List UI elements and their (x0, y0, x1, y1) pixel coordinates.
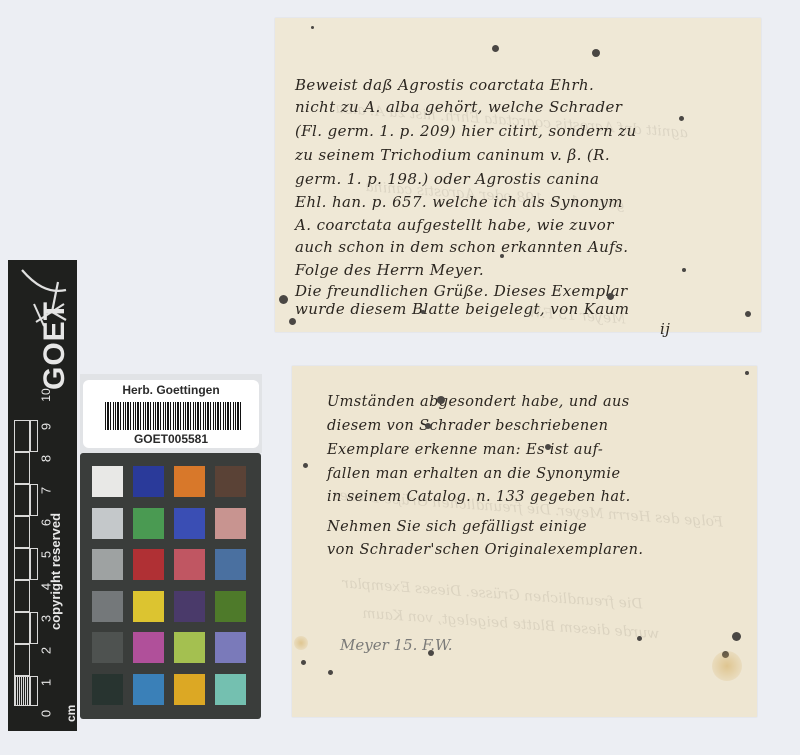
color-patch (133, 591, 164, 622)
color-patch (215, 591, 246, 622)
handwritten-line: von Schrader'schen Originalexemplaren. (327, 542, 643, 558)
specimen-barcode-label: Herb. Goettingen GOET005581 (80, 374, 262, 453)
handwritten-line: Die freundlichen Grüße. Dieses Exemplar (295, 282, 628, 300)
handwritten-line: Ehl. han. p. 657. welche ich als Synonym (295, 193, 623, 211)
handwritten-line: A. coarctata aufgestellt habe, wie zuvor (295, 216, 614, 234)
ruler-tick-label: 0 (39, 706, 54, 722)
foxing-spot (279, 295, 288, 304)
foxing-spot (437, 396, 445, 404)
ruler-tick-label: 1 (39, 675, 54, 691)
color-patch (133, 549, 164, 580)
foxing-spot (745, 311, 751, 317)
foxing-spot (500, 254, 504, 258)
handwritten-line: Nehmen Sie sich gefälligst einige (327, 519, 587, 535)
color-patch (174, 549, 205, 580)
foxing-spot (328, 670, 333, 675)
color-patch (92, 466, 123, 497)
handwritten-line: germ. 1. p. 198.) oder Agrostis canina (295, 170, 599, 188)
color-patch (174, 674, 205, 705)
foxing-spot (492, 45, 499, 52)
color-patch (174, 508, 205, 539)
barcode-icon (105, 402, 243, 430)
color-patch (92, 632, 123, 663)
color-patch (174, 466, 205, 497)
handwritten-line: Beweist daß Agrostis coarctata Ehrh. (295, 76, 594, 94)
foxing-spot (428, 650, 434, 656)
institution-name: Herb. Goettingen (83, 383, 259, 397)
handwritten-line: (Fl. germ. 1. p. 209) hier citirt, sonde… (295, 122, 637, 140)
foxing-spot (732, 632, 741, 641)
color-patch (215, 674, 246, 705)
corner-mark: ij (660, 320, 670, 338)
foxing-spot (311, 26, 314, 29)
ruler-scale (14, 420, 38, 726)
color-patch (174, 591, 205, 622)
pencil-annotation: Meyer 15. F.W. (340, 636, 453, 654)
foxing-spot (679, 116, 684, 121)
color-patch (215, 549, 246, 580)
handwritten-line: Umständen abgesondert habe, und aus (327, 394, 630, 410)
stain (712, 651, 742, 681)
color-patch (215, 632, 246, 663)
handwritten-line: Folge des Herrn Meyer. (295, 261, 484, 279)
ruler-tick-label: 2 (39, 643, 54, 659)
handwritten-line: in seinem Catalog. n. 133 gegeben hat. (327, 489, 631, 505)
handwritten-line: wurde diesem Blatte beigelegt, von Kaum (295, 300, 629, 318)
foxing-spot (289, 318, 296, 325)
ruler-unit: cm (64, 705, 78, 722)
foxing-spot (745, 371, 749, 375)
ruler-logo-text: GOET (38, 301, 72, 390)
ruler-tick-label: 10 (39, 387, 53, 403)
color-patch (133, 466, 164, 497)
foxing-spot (303, 463, 308, 468)
foxing-spot (301, 660, 306, 665)
color-calibration-chart (80, 453, 261, 719)
letter-page-top: agnitt dnf Agrostis coarctata Ehrh. nist… (275, 18, 761, 332)
color-patch (92, 508, 123, 539)
color-patch (215, 508, 246, 539)
foxing-spot (545, 444, 551, 450)
color-patch (92, 674, 123, 705)
handwritten-line: zu seinem Trichodium caninum v. β. (R. (295, 146, 610, 164)
handwritten-line: auch schon in dem schon erkannten Aufs. (295, 238, 628, 256)
color-patch (133, 508, 164, 539)
foxing-spot (592, 49, 600, 57)
color-patch (174, 632, 205, 663)
stain (294, 636, 308, 650)
color-patch (92, 591, 123, 622)
scale-ruler: GOET 0 1 2 3 4 5 6 7 8 9 10 copyright re… (8, 260, 77, 731)
foxing-spot (682, 268, 686, 272)
foxing-spot (637, 636, 642, 641)
ruler-tick-label: 9 (39, 419, 54, 435)
letter-page-bottom: Folge des Herrn Meyer. Die freundlichen … (292, 366, 757, 717)
ruler-tick-label: 7 (39, 483, 54, 499)
copyright-text: copyright reserved (48, 513, 63, 630)
barcode-id: GOET005581 (83, 432, 259, 446)
foxing-spot (425, 423, 431, 429)
color-patch (215, 466, 246, 497)
color-patch (92, 549, 123, 580)
handwritten-line: diesem von Schrader beschriebenen (327, 418, 608, 434)
color-patch (133, 632, 164, 663)
foxing-spot (421, 310, 425, 314)
handwritten-line: Exemplare erkenne man: Es ist auf- (327, 442, 603, 458)
handwritten-line: fallen man erhalten an die Synonymie (327, 466, 620, 482)
handwritten-line: nicht zu A. alba gehört, welche Schrader (295, 98, 622, 116)
color-patch (133, 674, 164, 705)
ruler-tick-label: 8 (39, 451, 54, 467)
foxing-spot (607, 293, 614, 300)
